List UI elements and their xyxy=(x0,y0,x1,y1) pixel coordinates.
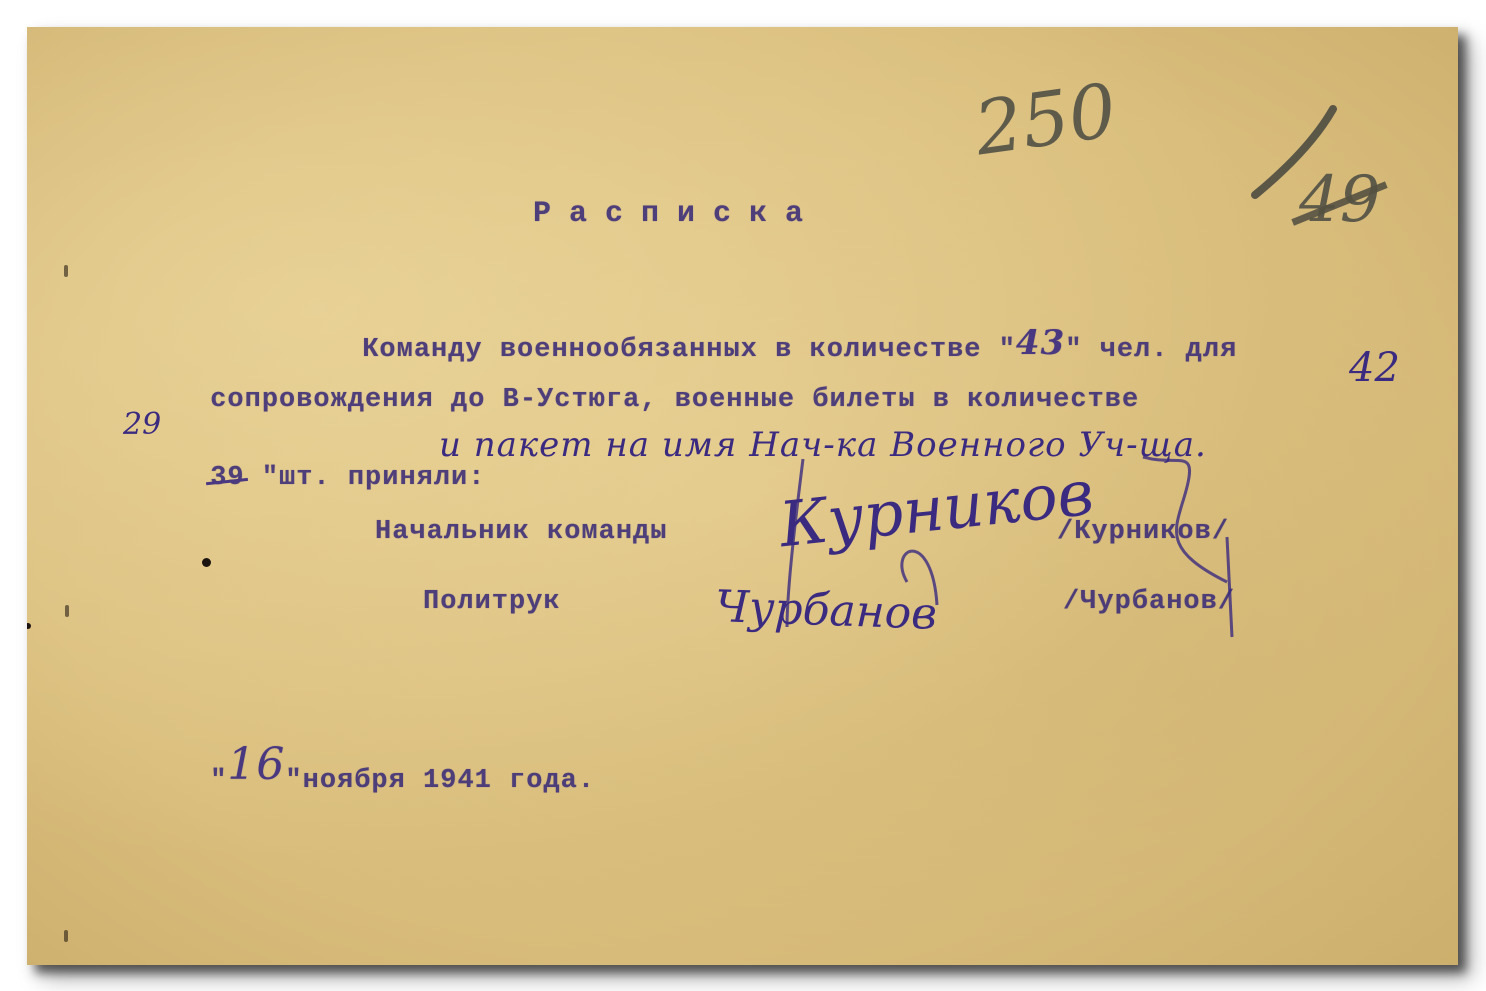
signature-name-politruk: /Чурбанов/ xyxy=(1063,587,1235,617)
struck-archive-number: 49 xyxy=(1299,163,1380,237)
edge-nick xyxy=(65,605,69,617)
signature-kurnikov: Курников xyxy=(776,456,1097,562)
edge-nick xyxy=(64,930,68,942)
date-open-quote: " xyxy=(210,766,227,796)
edge-nick xyxy=(64,265,68,277)
archive-struck-number: 49 xyxy=(1177,89,1381,311)
date-rest: "ноября 1941 года. xyxy=(285,766,595,796)
binding-hole xyxy=(202,558,211,567)
document-title: Расписка xyxy=(533,197,821,231)
handwritten-package-note: и пакет на имя Нач-ка Военного Уч-ща. xyxy=(439,425,1207,465)
line3-typed: "шт. приняли: xyxy=(262,463,486,493)
struck-count: 39 xyxy=(210,463,244,493)
document-viewer: 250 49 Расписка Команду военнообязанных … xyxy=(0,0,1486,991)
signature-role-politruk: Политрук xyxy=(423,587,561,617)
handwritten-ticket-count: 42 xyxy=(1349,345,1400,391)
date-line: "16"ноября 1941 года. xyxy=(107,717,595,828)
document-sheet: 250 49 Расписка Команду военнообязанных … xyxy=(27,27,1458,965)
line2-text: сопровождения до В-Устюга, военные билет… xyxy=(210,385,1139,415)
handwritten-day: 16 xyxy=(227,739,285,790)
body-line-3: 39 "шт. приняли: xyxy=(107,433,485,523)
signature-churbanov: Чурбанов xyxy=(714,581,938,640)
archive-sheet-number: 250 xyxy=(970,68,1122,173)
binding-hole xyxy=(27,623,31,629)
signature-role-commander: Начальник команды xyxy=(375,517,667,547)
